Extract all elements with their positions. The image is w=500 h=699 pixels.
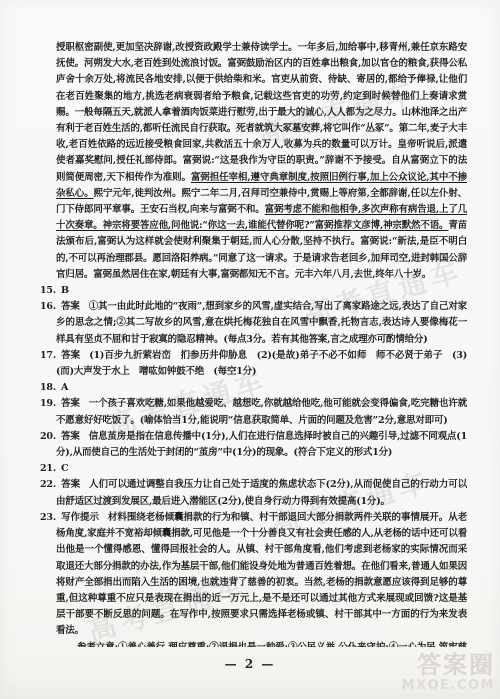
answer-label: 答案 bbox=[61, 301, 80, 312]
answer-text: B bbox=[61, 285, 69, 296]
brand-watermark-site: MXQE.COM bbox=[402, 678, 495, 693]
answer-text: ①其一由此时此地的“夜雨”,想到家乡的风雪,虚实结合,写出了离家路途之远,表达了… bbox=[56, 301, 467, 344]
answer-number: 19. bbox=[40, 398, 56, 409]
translation-paragraph: 授职枢密副使,更加坚决辞谢,改授资政殿学士兼侍读学士。一年多后,加给事中,移青州… bbox=[56, 40, 467, 283]
answer-item-17: 17.答案(1)百步九折萦岩峦 扪参历井仰胁息 (2)(是故)弟子不必不如师 师… bbox=[40, 348, 467, 380]
answer-text: 信息茧房是指在信息传播中(1分),人们在进行信息选择时被自己的兴趣引导,过滤不同… bbox=[56, 431, 467, 458]
answer-text: A bbox=[61, 382, 68, 393]
answer-text: (1)百步九折萦岩峦 扪参历井仰胁息 (2)(是故)弟子不必不如师 师不必贤于弟… bbox=[56, 350, 467, 377]
answer-item-16: 16.答案①其一由此时此地的“夜雨”,想到家乡的风雪,虚实结合,写出了离家路途之… bbox=[40, 299, 467, 348]
answer-label: 答案 bbox=[61, 398, 80, 409]
answer-number: 21. bbox=[40, 463, 56, 474]
answer-number: 17. bbox=[40, 350, 56, 361]
answer-text: C bbox=[61, 463, 68, 474]
answer-number: 23. bbox=[40, 512, 56, 523]
answer-number: 22. bbox=[40, 479, 56, 490]
answer-label: 写作提示 bbox=[61, 512, 99, 523]
answer-item-19: 19.答案一个孩子喜欢吃糖,如果他越爱吃、越想吃,你就越给他吃,他可能就会变得偏… bbox=[40, 396, 467, 428]
reference-intents: 参考立意:①善心善行,理应尊重;②退捐也是一种爱;③公民义举,公仆来守护;④一心… bbox=[56, 640, 467, 647]
answer-number: 20. bbox=[40, 431, 56, 442]
answer-text: 一个孩子喜欢吃糖,如果他越爱吃、越想吃,你就越给他吃,他可能就会变得偏食,吃完糖… bbox=[56, 398, 467, 425]
answer-item-22: 22.答案人们可以通过调整自我压力让自己处于适度的焦虑状态下(2分),从而促使自… bbox=[40, 477, 467, 509]
answer-item-18: 18.A bbox=[40, 380, 467, 396]
answer-number: 16. bbox=[40, 301, 56, 312]
answer-text: 材料围绕老杨倾囊捐款的行为和镇、村干部退回大部分捐款两件关联的事情展开。从老杨角… bbox=[56, 512, 467, 636]
page-number: — 2 — bbox=[0, 657, 500, 671]
answer-text: 人们可以通过调整自我压力让自己处于适度的焦虑状态下(2分),从而促使自己的行动力… bbox=[56, 479, 467, 506]
answer-item-15: 15.B bbox=[40, 283, 467, 299]
answer-sheet-content: 授职枢密副使,更加坚决辞谢,改授资政殿学士兼侍读学士。一年多后,加给事中,移青州… bbox=[40, 40, 467, 647]
answer-item-23: 23.写作提示材料围绕老杨倾囊捐款的行为和镇、村干部退回大部分捐款两件关联的事情… bbox=[40, 510, 467, 647]
answer-item-21: 21.C bbox=[40, 461, 467, 477]
answer-item-20: 20.答案信息茧房是指在信息传播中(1分),人们在进行信息选择时被自己的兴趣引导… bbox=[40, 429, 467, 461]
answer-label: 答案 bbox=[61, 350, 80, 361]
answer-label: 答案 bbox=[61, 479, 80, 490]
answer-label: 答案 bbox=[61, 431, 80, 442]
translation-segment: 授职枢密副使,更加坚决辞谢,改授资政殿学士兼侍读学士。一年多后,加给事中,移青州… bbox=[56, 42, 467, 183]
document-page: 高考直通车 高考直通车 高考直通车 高考直通车 高考直通车 授职枢密副使,更加坚… bbox=[0, 0, 500, 699]
answer-number: 15. bbox=[40, 285, 56, 296]
writing-hint-text: 23.写作提示材料围绕老杨倾囊捐款的行为和镇、村干部退回大部分捐款两件关联的事情… bbox=[56, 510, 467, 640]
answer-number: 18. bbox=[40, 382, 56, 393]
scanned-answer-sheet-page: { "page": { "number_label": "— 2 —" }, "… bbox=[0, 0, 500, 699]
